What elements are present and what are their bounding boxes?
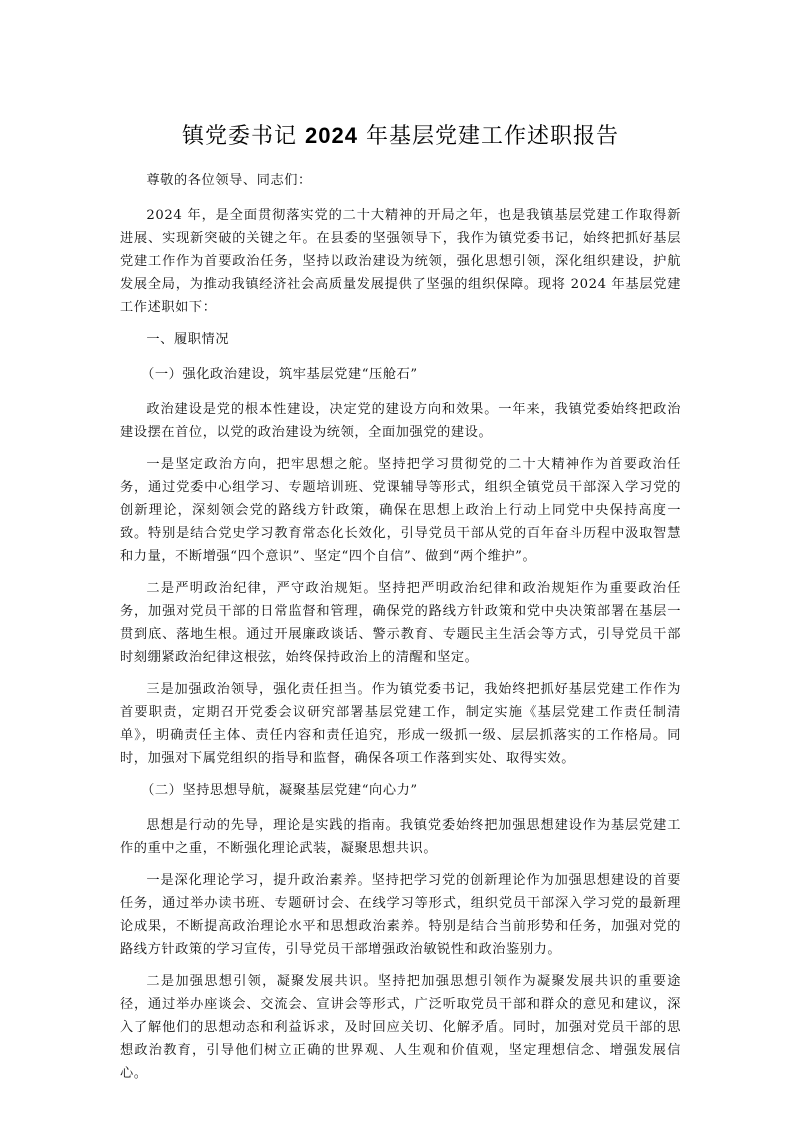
document-title: 镇党委书记 2024 年基层党建工作述职报告 <box>120 118 681 155</box>
salutation: 尊敬的各位领导、同志们： <box>120 169 681 192</box>
subsection-heading-1: （一）强化政治建设，筑牢基层党建“压舱石” <box>120 363 681 386</box>
body-paragraph: 一是深化理论学习，提升政治素养。坚持把学习党的创新理论作为加强思想建设的首要任务… <box>120 869 681 961</box>
body-paragraph: 政治建设是党的根本性建设，决定党的建设方向和效果。一年来，我镇党委始终把政治建设… <box>120 398 681 444</box>
body-paragraph: 三是加强政治领导，强化责任担当。作为镇党委书记，我始终把抓好基层党建工作作为首要… <box>120 678 681 770</box>
section-heading-1: 一、履职情况 <box>120 328 681 351</box>
document-page: 镇党委书记 2024 年基层党建工作述职报告 尊敬的各位领导、同志们： 2024… <box>120 118 681 1094</box>
title-suffix: 年基层党建工作述职报告 <box>358 124 619 149</box>
title-year: 2024 <box>305 123 358 148</box>
body-paragraph: 二是严明政治纪律，严守政治规矩。坚持把严明政治纪律和政治规矩作为重要政治任务，加… <box>120 577 681 669</box>
body-paragraph: 二是加强思想引领，凝聚发展共识。坚持把加强思想引领作为凝聚发展共识的重要途径，通… <box>120 970 681 1085</box>
intro-paragraph: 2024 年，是全面贯彻落实党的二十大精神的开局之年，也是我镇基层党建工作取得新… <box>120 204 681 319</box>
subsection-heading-2: （二）坚持思想导航，凝聚基层党建“向心力” <box>120 779 681 802</box>
body-paragraph: 思想是行动的先导，理论是实践的指南。我镇党委始终把加强思想建设作为基层党建工作的… <box>120 814 681 860</box>
body-paragraph: 一是坚定政治方向，把牢思想之舵。坚持把学习贯彻党的二十大精神作为首要政治任务，通… <box>120 453 681 568</box>
title-prefix: 镇党委书记 <box>182 124 305 149</box>
